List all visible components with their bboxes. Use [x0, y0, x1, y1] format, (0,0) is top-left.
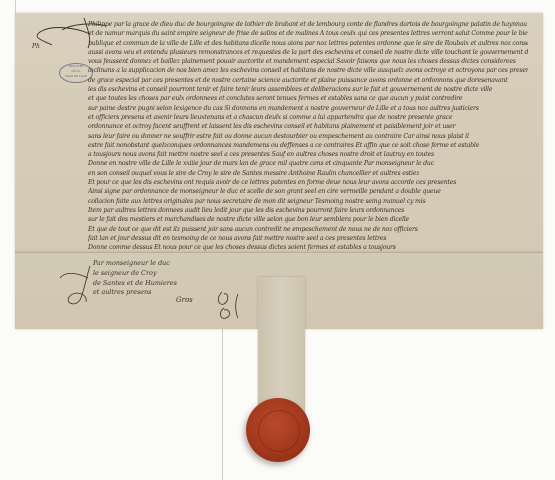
signature-paraph-icon [212, 288, 248, 324]
text-line: Et pour ce que les dis eschevins ont req… [88, 178, 528, 187]
text-line: Donne en nostre ville de Lille le xxiiie… [88, 159, 528, 168]
text-line: en son conseil ouquel vous le sire de Cr… [88, 169, 528, 178]
text-line: Item par aultres lettres donnees audit l… [88, 206, 528, 215]
fold-text-line: Par monseigneur le duc [93, 259, 177, 269]
charter-text-body: Philippe par la grace de dieu duc de bou… [88, 20, 528, 262]
text-line: aussi avons veu et entendu plusieurs rem… [88, 48, 528, 57]
text-line: Philippe par la grace de dieu duc de bou… [88, 20, 528, 29]
text-line: et que toutes les choses par eulx ordonn… [88, 94, 528, 103]
page-divider-line [222, 329, 223, 480]
seal-impression [258, 410, 300, 452]
text-line: les dis eschevins et conseil pourront te… [88, 85, 528, 94]
text-line: fait lan et jour dessus dit en tesmoing … [88, 234, 528, 243]
wax-seal [246, 398, 310, 462]
text-line: ordonnance et octroy facent seuffrent et… [88, 122, 528, 131]
page-divider-line [15, 0, 16, 13]
fold-text-line: et aultres presens [93, 288, 177, 298]
svg-text:Ph: Ph [31, 43, 40, 50]
text-line: et officiers presens et avenir leurs lie… [88, 113, 528, 122]
secretary-signature: Gros [176, 296, 193, 304]
text-line: Ainsi signe par ordonnance de monseigneu… [88, 187, 528, 196]
text-line: collacion faite aux lettres originales p… [88, 197, 528, 206]
text-line: sans leur faire ou donner ne souffrir es… [88, 132, 528, 141]
fold-text-line: le seigneur de Croy [93, 269, 177, 279]
text-line: sur paine destre pugni selon lexigence d… [88, 104, 528, 113]
fold-annotation-text: Par monseigneur le duc le seigneur de Cr… [93, 259, 177, 298]
text-line: Et que de tout ce que dit est ilz puisse… [88, 225, 528, 234]
text-line: sur le fait des mestiers et marchandises… [88, 215, 528, 224]
text-line: estre fait nonobstant quelzconques ordon… [88, 141, 528, 150]
fold-text-line: de Santes et de Humieres [93, 279, 177, 289]
text-line: a tousjours nous avons fait mettre nostr… [88, 150, 528, 159]
text-line: de grace especial par ces presentes et d… [88, 76, 528, 85]
text-line: vous feussent donnez et baillez plaineme… [88, 57, 528, 66]
text-line: inclinans a la supplicacion de nos bien … [88, 66, 528, 75]
text-line: et de namur marquis du saint empire seig… [88, 29, 528, 38]
text-line: publique et commun de la ville de Lille … [88, 39, 528, 48]
fold-edge [15, 252, 543, 253]
